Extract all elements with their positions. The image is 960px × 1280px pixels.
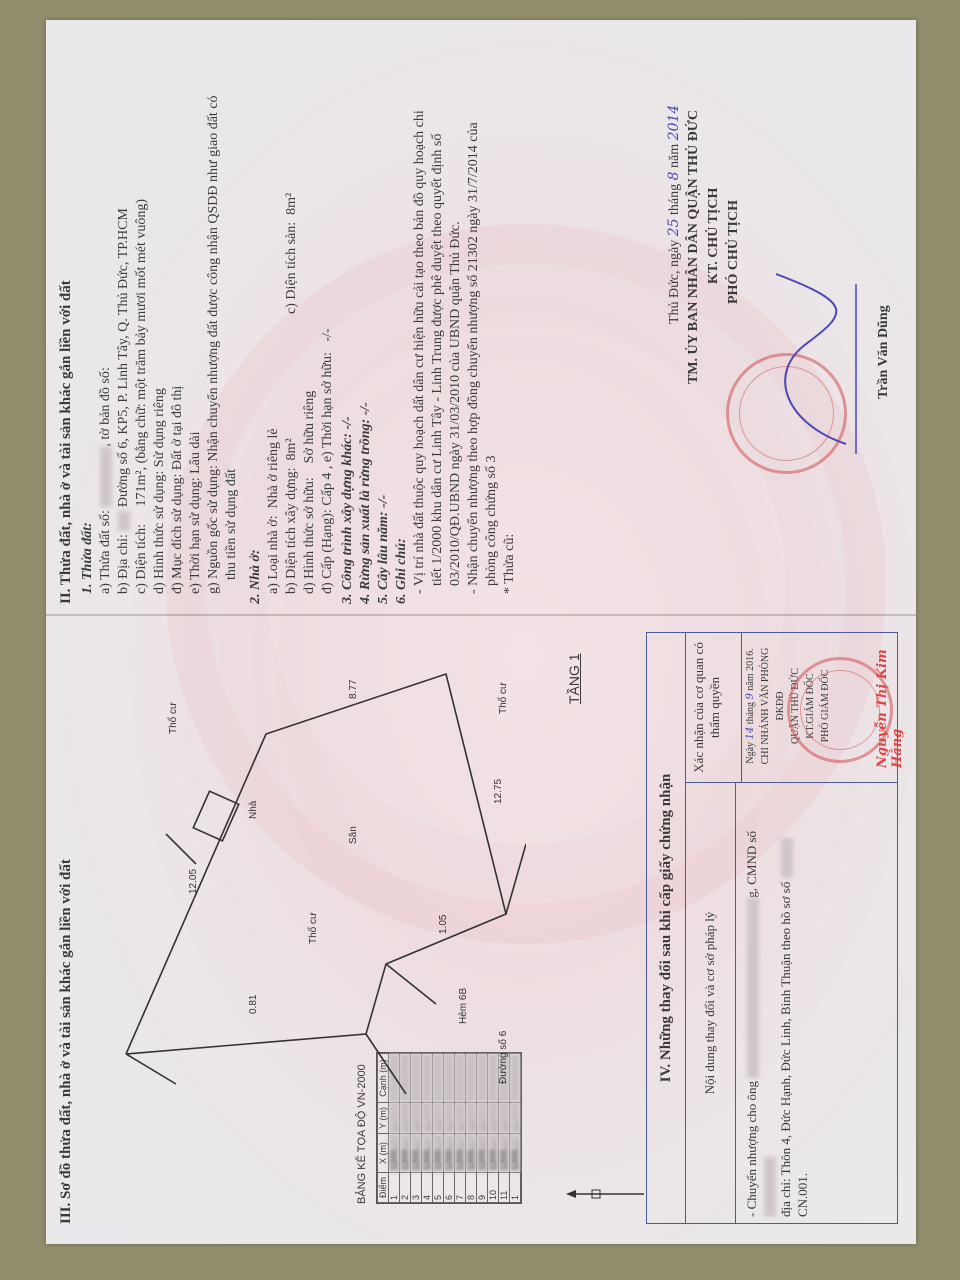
redacted-parcel-no: [100, 447, 112, 507]
floor-label: TẦNG 1: [566, 653, 582, 704]
note-line: tiết 1/2000 khu dân cư Linh Tây - Linh T…: [430, 134, 446, 586]
label-neighbor-1: Thổ cư: [167, 702, 179, 734]
note-line: - Nhận chuyển nhượng theo hợp đồng chuyể…: [466, 122, 482, 594]
section-iv-title: IV. Những thay đổi sau khi cấp giấy chứn…: [647, 633, 686, 1223]
north-arrow-icon: [566, 1179, 646, 1209]
photo-stage: III. Sơ đồ thửa đất, nhà ở và tài sản kh…: [0, 0, 960, 1280]
label-house: Nhà: [248, 800, 259, 819]
label-alley: Hẻm 6B: [458, 988, 469, 1024]
issuing-org: TM. ỦY BAN NHÂN DÂN QUẬN THỦ ĐỨC: [686, 110, 702, 384]
page-right: II. Thửa đất, nhà ở và tài sản khác gắn …: [46, 20, 916, 614]
edge-length: 0.81: [248, 994, 259, 1014]
section-ii-title: II. Thửa đất, nhà ở và tài sản khác gắn …: [58, 280, 75, 604]
signer-role-2: PHÓ CHỦ TỊCH: [726, 200, 742, 304]
signature-scribble: [746, 264, 866, 464]
redacted-file-no: [781, 838, 793, 878]
label-neighbor-3: Thổ cư: [307, 912, 319, 944]
label-yard: Sân: [348, 826, 359, 844]
confirm-signer: Nguyễn Thị Kim Hằng: [875, 633, 905, 768]
coord-header: Điểm: [378, 1173, 389, 1203]
edge-length: 12.75: [493, 779, 504, 804]
redacted-house-no: [118, 511, 130, 531]
coord-header: Y (m): [378, 1102, 389, 1133]
edge-length: 8.77: [348, 679, 359, 699]
signer-name: Trần Văn Dũng: [876, 305, 892, 399]
changes-table: IV. Những thay đổi sau khi cấp giấy chứn…: [646, 632, 898, 1224]
note-line: 03/2010/QĐ.UBND ngày 31/03/2010 của UBND…: [448, 221, 464, 586]
page-left: III. Sơ đồ thửa đất, nhà ở và tài sản kh…: [46, 616, 916, 1244]
column-divider: [735, 782, 897, 783]
redacted-name: [747, 898, 759, 1078]
note-line: * Thửa cũ:: [502, 534, 518, 594]
edge-length: 1.05: [438, 914, 449, 934]
certificate-paper: III. Sơ đồ thửa đất, nhà ở và tài sản kh…: [46, 20, 916, 1244]
label-neighbor-2: Thổ cư: [497, 682, 509, 714]
signer-role-1: KT. CHỦ TỊCH: [706, 188, 722, 284]
issue-date: Thủ Đức, ngày 25 tháng 8 năm 2014: [666, 105, 683, 324]
change-entry: - Chuyển nhượng cho ông g, CMND số địa c…: [743, 787, 811, 1217]
coord-header: X (m): [378, 1133, 389, 1172]
section-iii-title: III. Sơ đồ thửa đất, nhà ở và tài sản kh…: [58, 859, 75, 1224]
col-content-header: Nội dung thay đổi và cơ sở pháp lý: [685, 782, 736, 1223]
col-confirm-header: Xác nhận của cơ quan có thẩm quyền: [685, 633, 742, 782]
note-line: phòng công chứng số 3: [484, 456, 500, 586]
parcel-diagram: Thổ cư Sân Thổ cư Hẻm 6B Đường số 6 Thổ …: [106, 634, 526, 1094]
edge-length: 12.05: [188, 869, 199, 894]
redacted-id: [764, 1157, 776, 1217]
note-line: - Vị trí nhà đất thuộc quy hoạch dất dân…: [412, 110, 428, 594]
label-street: Đường số 6: [497, 1030, 509, 1084]
